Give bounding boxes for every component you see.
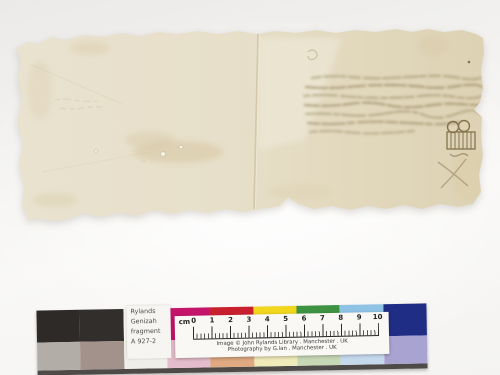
ruler-number: 3 [243, 316, 255, 324]
ruler-number: 4 [261, 315, 273, 323]
ruler-label: cm 0 1 2 3 4 5 6 7 8 9 10 Image © John R… [175, 312, 390, 358]
color-swatch [80, 309, 124, 342]
shelfmark-line: A 927-2 [131, 337, 163, 346]
color-swatch [384, 335, 428, 364]
ruler-number: 9 [353, 313, 365, 321]
shelfmark-line: Rylands [130, 307, 162, 316]
color-swatch [37, 342, 81, 371]
ruler-number: 8 [335, 314, 347, 322]
ruler-number: 5 [280, 315, 292, 323]
color-swatch [80, 341, 124, 370]
ruler-number: 6 [298, 314, 310, 322]
ink-speck [468, 61, 471, 64]
ruler-number: 1 [206, 316, 218, 324]
credit-captions: Image © John Rylands Library . Mancheste… [209, 338, 355, 353]
photograph-stage: Rylands Genizah fragment A 927-2 cm 0 1 … [0, 0, 500, 375]
ruler-number: 0 [188, 317, 200, 325]
ruler-number: 10 [371, 313, 383, 321]
ruler-number: 7 [316, 314, 328, 322]
shelfmark-label: Rylands Genizah fragment A 927-2 [126, 305, 171, 359]
color-swatch [383, 303, 427, 336]
shelfmark-line: fragment [131, 327, 163, 336]
shelfmark-line: Genizah [131, 317, 163, 326]
color-swatch [36, 310, 80, 343]
ruler-number: 2 [224, 316, 236, 324]
parchment-sheet [16, 29, 484, 221]
